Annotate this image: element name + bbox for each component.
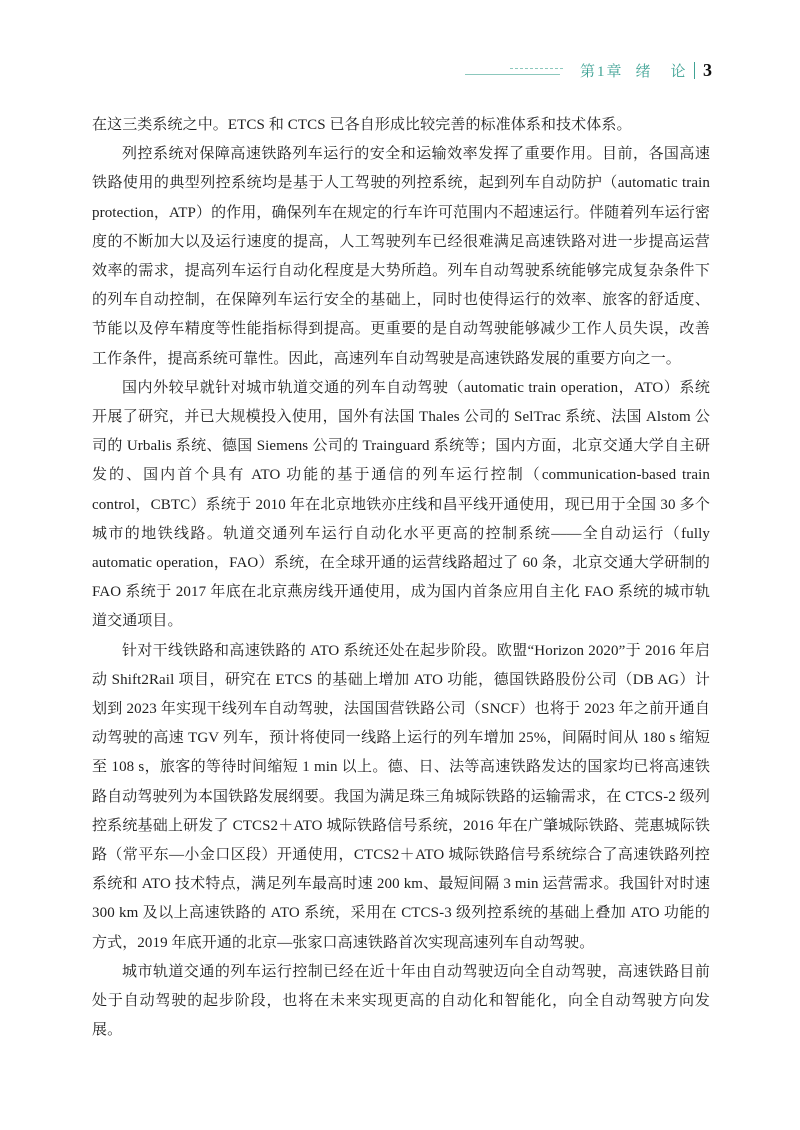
header-decoration-rules — [465, 66, 560, 75]
book-page: 第1章 绪 论 3 在这三类系统之中。ETCS 和 CTCS 已各自形成比较完善… — [0, 0, 800, 1130]
header-rule-dashed — [510, 68, 563, 69]
body-paragraph: 城市轨道交通的列车运行控制已经在近十年由自动驾驶迈向全自动驾驶，高速铁路目前处于… — [92, 958, 710, 1046]
header-divider-bar — [694, 62, 696, 79]
chapter-title-char-1: 绪 — [635, 60, 650, 81]
body-paragraph: 列控系统对保障高速铁路列车运行的安全和运输效率发挥了重要作用。目前，各国高速铁路… — [92, 140, 710, 374]
chapter-label: 第1章 — [580, 60, 624, 81]
body-paragraph: 针对干线铁路和高速铁路的 ATO 系统还处在起步阶段。欧盟“Horizon 20… — [92, 637, 710, 958]
chapter-title-char-2: 论 — [670, 60, 685, 81]
running-header: 第1章 绪 论 3 — [465, 58, 712, 82]
body-paragraph: 在这三类系统之中。ETCS 和 CTCS 已各自形成比较完善的标准体系和技术体系… — [92, 111, 710, 140]
page-body: 在这三类系统之中。ETCS 和 CTCS 已各自形成比较完善的标准体系和技术体系… — [92, 111, 710, 1046]
page-number: 3 — [703, 61, 712, 79]
body-paragraph: 国内外较早就针对城市轨道交通的列车自动驾驶（automatic train op… — [92, 374, 710, 637]
header-rule-solid — [465, 74, 560, 75]
